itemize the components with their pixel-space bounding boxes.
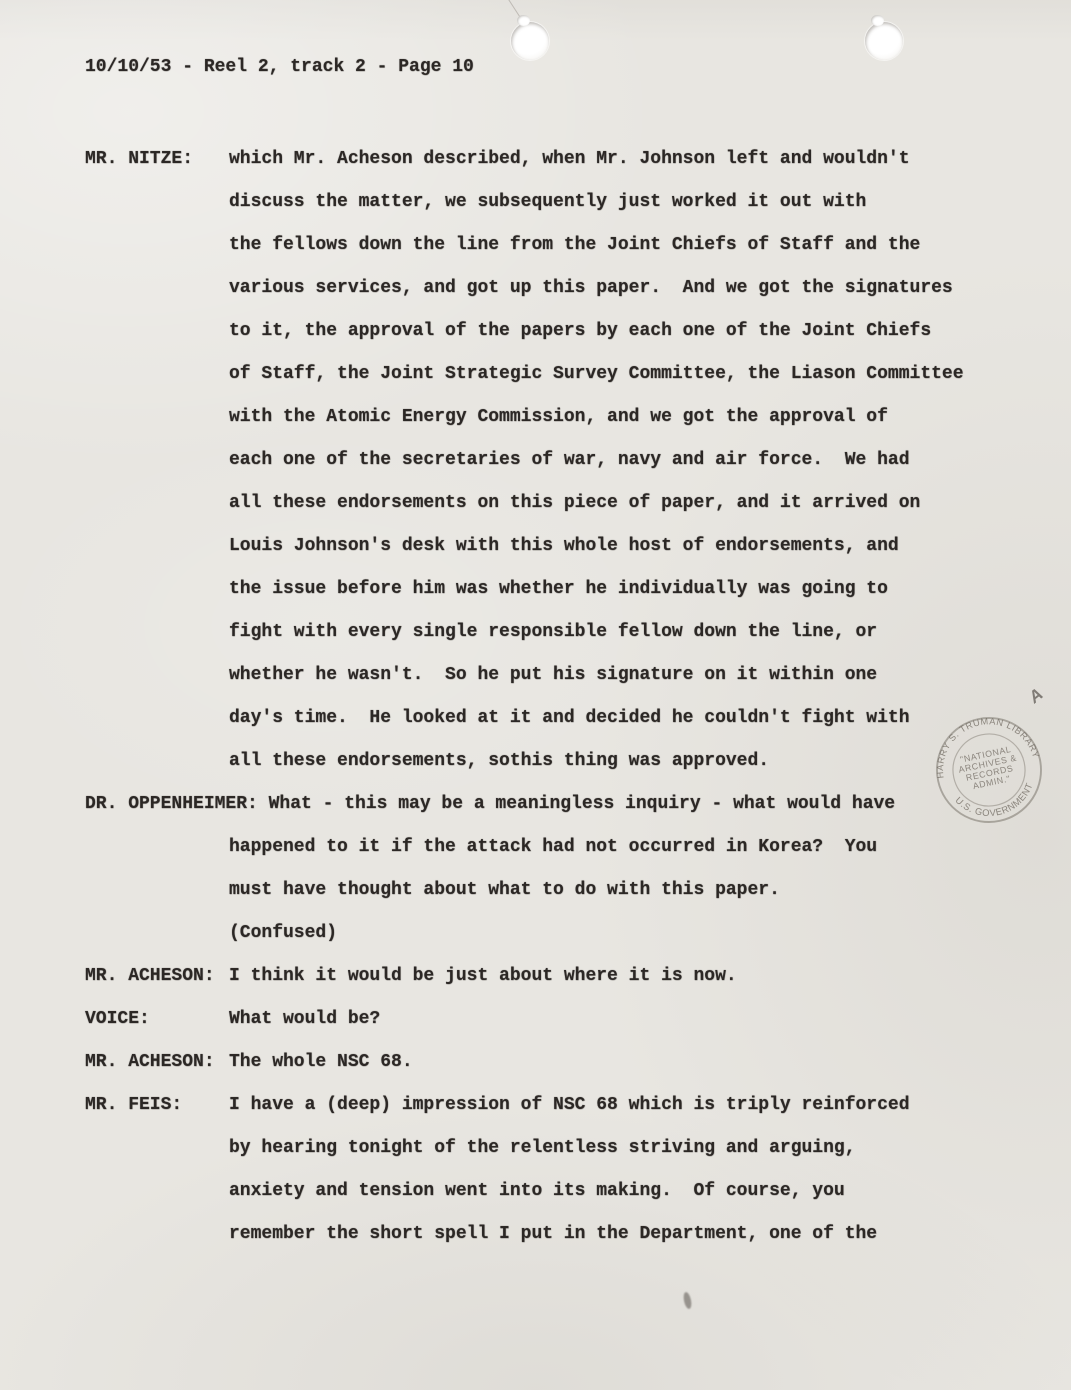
speaker-label: MR. ACHESON: (85, 1041, 215, 1084)
punch-hole-left (511, 22, 549, 60)
ink-smudge (682, 1291, 692, 1309)
speaker-label: VOICE: (85, 998, 150, 1041)
speech-text: I think it would be just about where it … (229, 955, 1015, 998)
transcript-entry: DR. OPPENHEIMER: What - this may be a me… (85, 783, 1015, 955)
speaker-label: MR. ACHESON: (85, 955, 215, 998)
transcript-entry: MR. FEIS: I have a (deep) impression of … (85, 1084, 1015, 1256)
speaker-label: DR. OPPENHEIMER: (85, 783, 258, 826)
speech-text: What would be? (229, 998, 1015, 1041)
transcript-entry: MR. NITZE: which Mr. Acheson described, … (85, 138, 1015, 783)
speaker-label: MR. FEIS: (85, 1084, 182, 1127)
transcript-entry: MR. ACHESON: I think it would be just ab… (85, 955, 1015, 998)
transcript-entry: MR. ACHESON: The whole NSC 68. (85, 1041, 1015, 1084)
page-header: 10/10/53 - Reel 2, track 2 - Page 10 (85, 57, 474, 77)
speech-text: which Mr. Acheson described, when Mr. Jo… (229, 138, 1015, 783)
punch-hole-right (865, 22, 903, 60)
transcript-entry: VOICE: What would be? (85, 998, 1015, 1041)
archive-stamp: HARRY S. TRUMAN LIBRARY U.S. GOVERNMENT … (913, 694, 1065, 846)
speech-text: I have a (deep) impression of NSC 68 whi… (229, 1084, 1015, 1256)
speech-text: The whole NSC 68. (229, 1041, 1015, 1084)
speech-text: What - this may be a meaningless inquiry… (229, 783, 1015, 955)
speaker-label: MR. NITZE: (85, 138, 193, 181)
transcript: MR. NITZE: which Mr. Acheson described, … (85, 138, 1015, 1256)
document-page: 10/10/53 - Reel 2, track 2 - Page 10 MR.… (0, 0, 1071, 1390)
